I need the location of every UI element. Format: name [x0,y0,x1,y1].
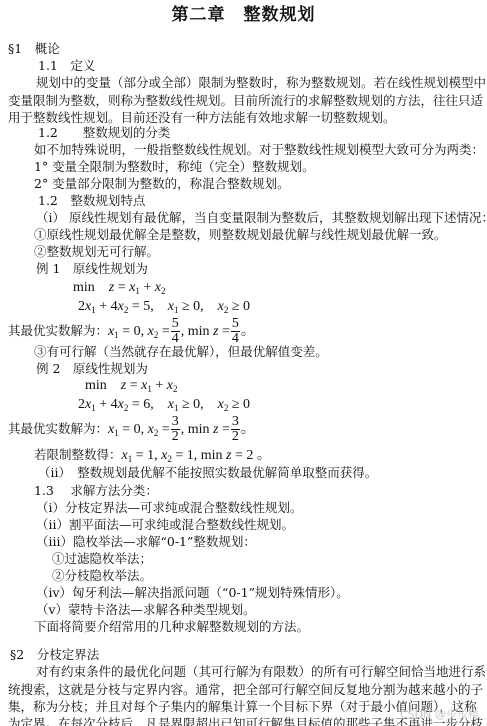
paragraph-line: 下面将简要介绍常用的几种求解整数规划的方法。 [34,618,309,636]
subsection-1-2: 1.2 整数规划的分类 [38,124,170,142]
watermark: CSDN @步步楼 [400,706,479,722]
method-subitem: ①过滤隐枚举法； [52,550,152,568]
method-item: （ii）割平面法—可求纯或混合整数线性规划。 [36,516,294,534]
example-2-objective: min z = x1 + x2 [85,377,177,398]
section-1-heading: §1 概论 [8,40,60,58]
fraction-numerator: 5 [231,317,240,332]
fraction-numerator: 3 [231,415,240,430]
paragraph-line: 对有约束条件的最优化问题（其可行解为有限数）的所有可行解空间恰当地进行系 [36,663,486,681]
paragraph-line: ②整数规划无可行解。 [34,243,159,261]
paragraph-line: 规划中的变量（部分或全部）限制为整数时，称为整数规划。若在线性规划模型中， [36,74,487,92]
fraction-numerator: 3 [171,415,180,430]
paragraph-line: （i） 原线性规划有最优解，当自变量限制为整数后，其整数规划解出现下述情况： [36,209,487,227]
fraction-numerator: 5 [171,317,180,332]
fraction-denominator: 2 [231,430,240,444]
paragraph-line: 统搜索，这就是分枝与定界内容。通常，把全部可行解空间反复地分割为越来越小的子 [8,681,483,699]
example-1-label: 例 1 原线性规划为 [36,260,148,278]
method-item: （iv）匈牙利法—解决指派问题（“0-1”规划特殊情形）。 [36,584,349,602]
fraction-denominator: 2 [171,430,180,444]
paragraph-line: 1° 变量全限制为整数时，称纯（完全）整数规划。 [34,158,315,176]
section-2-heading: §2 分枝定界法 [10,646,99,664]
example-2-label: 例 2 原线性规划为 [36,360,148,378]
subsection-1-2-features: 1.2 整数规划特点 [38,192,145,210]
paragraph-line: 2° 变量部分限制为整数的，称混合整数规划。 [34,175,290,193]
method-subitem: ②分枝隐枚举法。 [52,567,152,585]
example-2-solution: 其最优实数解为：x1 = 0, x2 =32, min z =32。 [8,414,255,448]
chapter-title: 第二章 整数规划 [0,6,487,24]
subsection-1-3: 1.3 求解方法分类： [34,482,158,500]
integer-prefix: 若限制整数得： [34,447,122,462]
paragraph-line: ①原线性规划最优解全是整数，则整数规划最优解与线性规划最优解一致。 [34,226,447,244]
example-1-objective: min z = x1 + x2 [73,279,165,300]
method-item: （iii）隐枚举法—求解“0-1”整数规划： [36,533,256,551]
paragraph-line: （ii） 整数规划最优解不能按照实数最优解简单取整而获得。 [38,464,377,482]
method-item: （v）蒙特卡洛法—求解各种类型规划。 [36,601,256,619]
subsection-1-1: 1.1 定义 [38,57,95,75]
document-page: 第二章 整数规划 §1 概论 1.1 定义 规划中的变量（部分或全部）限制为整数… [0,0,487,726]
paragraph-line: 如不加特殊说明，一般指整数线性规划。对于整数线性规划模型大致可分为两类： [34,141,484,159]
solution-prefix: 其最优实数解为： [8,323,108,338]
paragraph-line: ③有可行解（当然就存在最优解），但最优解值变差。 [34,343,328,361]
solution-prefix: 其最优实数解为： [8,421,108,436]
method-item: （i）分枝定界法—可求纯或混合整数线性规划。 [36,499,303,517]
paragraph-line: 变量限制为整数，则称为整数线性规划。目前所流行的求解整数规划的方法，往往只适 [8,92,483,110]
